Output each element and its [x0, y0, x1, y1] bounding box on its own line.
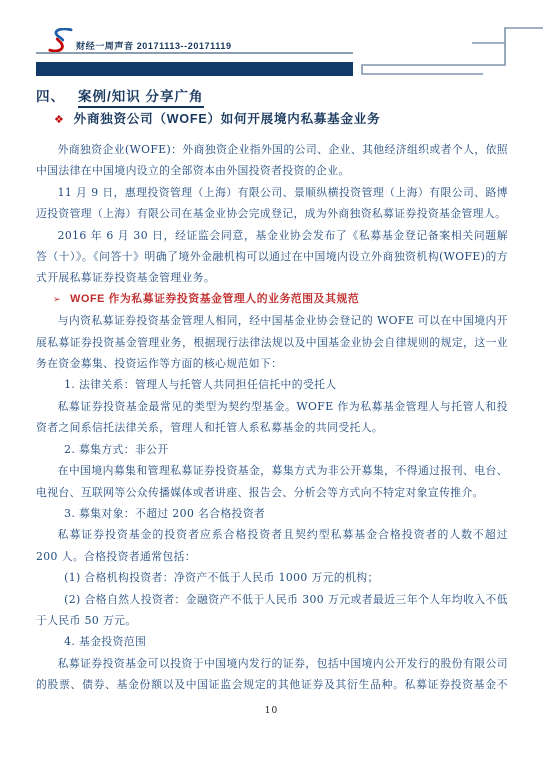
article-body: 外商独资企业(WOFE)：外商独资企业指外国的公司、企业、其他经济组织或者个人，… — [36, 139, 508, 696]
paragraph: 在中国境内募集和管理私募证券投资基金，募集方式为非公开募集，不得通过报刊、电台、… — [36, 460, 508, 503]
numbered-item: 2. 募集方式：非公开 — [36, 439, 508, 460]
paragraph: 私募证券投资基金最常见的类型为契约型基金。WOFE 作为私募基金管理人与托管人和… — [36, 396, 508, 439]
document-page: 财经一周声音 20171113--20171119 四、 案例/知识 分享广角 … — [0, 0, 543, 768]
numbered-item: 1. 法律关系：管理人与托管人共同担任信托中的受托人 — [36, 374, 508, 395]
article-subheading: ❖ 外商独资公司（WOFE）如何开展境内私募基金业务 — [36, 109, 380, 127]
paragraph: 私募证券投资基金的投资者应系合格投资者且契约型私募基金合格投资者的人数不超过 2… — [36, 524, 508, 567]
paragraph: 外商独资企业(WOFE)：外商独资企业指外国的公司、企业、其他经济组织或者个人，… — [36, 139, 508, 182]
diamond-bullet-icon: ❖ — [54, 113, 65, 126]
section-heading: 四、 案例/知识 分享广角 — [36, 85, 204, 108]
numbered-item: (2) 合格自然人投资者：金融资产不低于人民币 300 万元或者最近三年个人年均… — [36, 589, 508, 632]
red-subheading: ➢ WOFE 作为私募证券投资基金管理人的业务范围及其规范 — [36, 289, 508, 310]
paragraph: 私募证券投资基金可以投资于中国境内发行的证券，包括中国境内公开发行的股份有限公司… — [36, 653, 508, 696]
header-title: 财经一周声音 20171113--20171119 — [76, 39, 232, 52]
red-subheading-text: WOFE 作为私募证券投资基金管理人的业务范围及其规范 — [70, 289, 359, 310]
arrow-bullet-icon: ➢ — [53, 289, 61, 310]
numbered-item: 4. 基金投资范围 — [36, 631, 508, 652]
header-divider — [36, 52, 353, 54]
paragraph: 2016 年 6 月 30 日，经证监会同意，基金业协会发布了《私募基金登记备案… — [36, 225, 508, 289]
paragraph: 与内资私募证券投资基金管理人相同，经中国基金业协会登记的 WOFE 可以在中国境… — [36, 310, 508, 374]
article-title: 外商独资公司（WOFE）如何开展境内私募基金业务 — [74, 109, 381, 127]
section-title: 案例/知识 分享广角 — [78, 85, 204, 108]
brand-s-swoosh-logo-icon — [46, 28, 74, 52]
paragraph: 11 月 9 日，惠理投资管理（上海）有限公司、景顺纵横投资管理（上海）有限公司… — [36, 182, 508, 225]
numbered-item: (1) 合格机构投资者：净资产不低于人民币 1000 万元的机构； — [36, 567, 508, 588]
navy-title-bar — [36, 62, 353, 76]
numbered-item: 3. 募集对象：不超过 200 名合格投资者 — [36, 503, 508, 524]
section-number: 四、 — [36, 85, 65, 105]
page-number: 10 — [0, 706, 543, 716]
